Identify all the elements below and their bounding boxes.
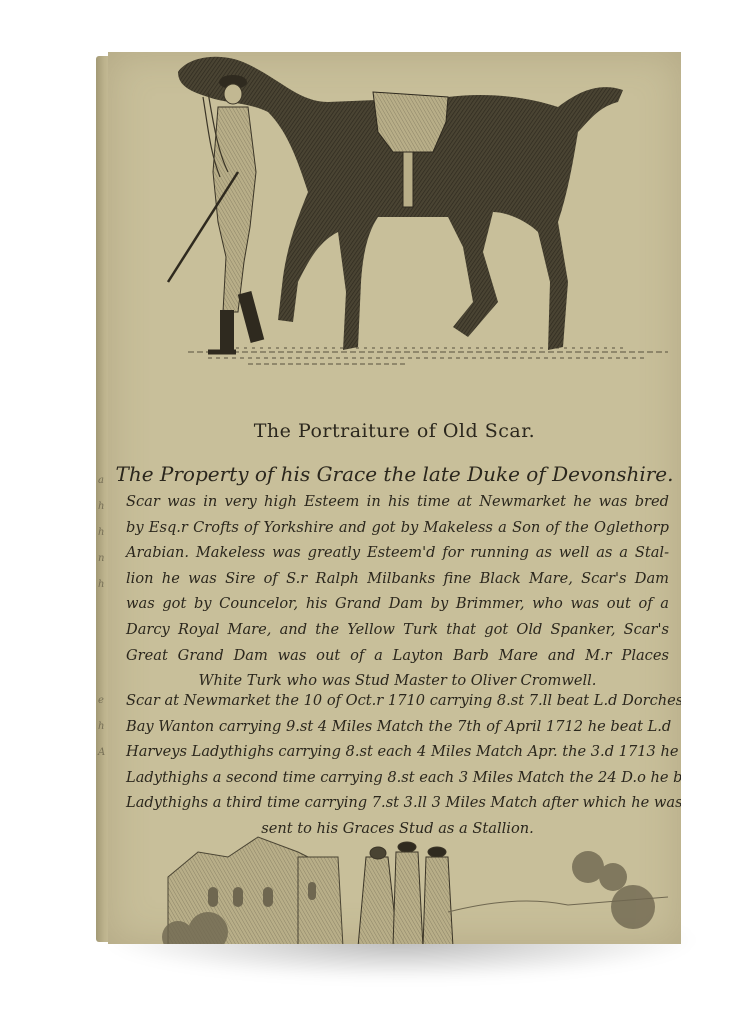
text-line: Bay Wanton carrying 9.st 4 Miles Match t… <box>126 714 669 740</box>
text-line: lion he was Sire of S.r Ralph Milbanks f… <box>126 566 669 592</box>
text-line: Ladythighs a second time carrying 8.st e… <box>126 765 669 791</box>
text-line: by Esq.r Crofts of Yorkshire and got by … <box>126 515 669 541</box>
spine-text-fragment: e <box>98 696 108 706</box>
spine-text-fragment: A <box>98 748 108 758</box>
spine-text-fragment: h <box>98 580 108 590</box>
three-figures <box>358 842 453 944</box>
text-line: Great Grand Dam was out of a Layton Barb… <box>126 643 669 669</box>
text-line: Harveys Ladythighs carrying 8.st each 4 … <box>126 739 669 765</box>
groom-figure <box>168 75 264 352</box>
spine-text-fragment: h <box>98 502 108 512</box>
spine-text-fragment: h <box>98 722 108 732</box>
landscape-engraving <box>148 817 668 944</box>
canvas-front: The Portraiture of Old Scar. The Propert… <box>108 52 681 944</box>
text-line: Scar at Newmarket the 10 of Oct.r 1710 c… <box>126 688 669 714</box>
pedigree-paragraph: Scar was in very high Esteem in his time… <box>126 489 669 694</box>
text-line: Arabian. Makeless was greatly Esteem'd f… <box>126 540 669 566</box>
text-line: was got by Councelor, his Grand Dam by B… <box>126 591 669 617</box>
horse-and-groom-engraving <box>148 52 668 382</box>
engraving-title: The Portraiture of Old Scar. <box>108 420 681 442</box>
spine-text-fragment: a <box>98 476 108 486</box>
ground-hatching <box>188 348 668 364</box>
text-line: Darcy Royal Mare, and the Yellow Turk th… <box>126 617 669 643</box>
text-line: Ladythighs a third time carrying 7.st 3.… <box>126 790 669 816</box>
text-line: Scar was in very high Esteem in his time… <box>126 489 669 515</box>
spine-text-fragment: n <box>98 554 108 564</box>
spine-text-fragment: h <box>98 528 108 538</box>
engraving-subtitle: The Property of his Grace the late Duke … <box>108 462 681 486</box>
